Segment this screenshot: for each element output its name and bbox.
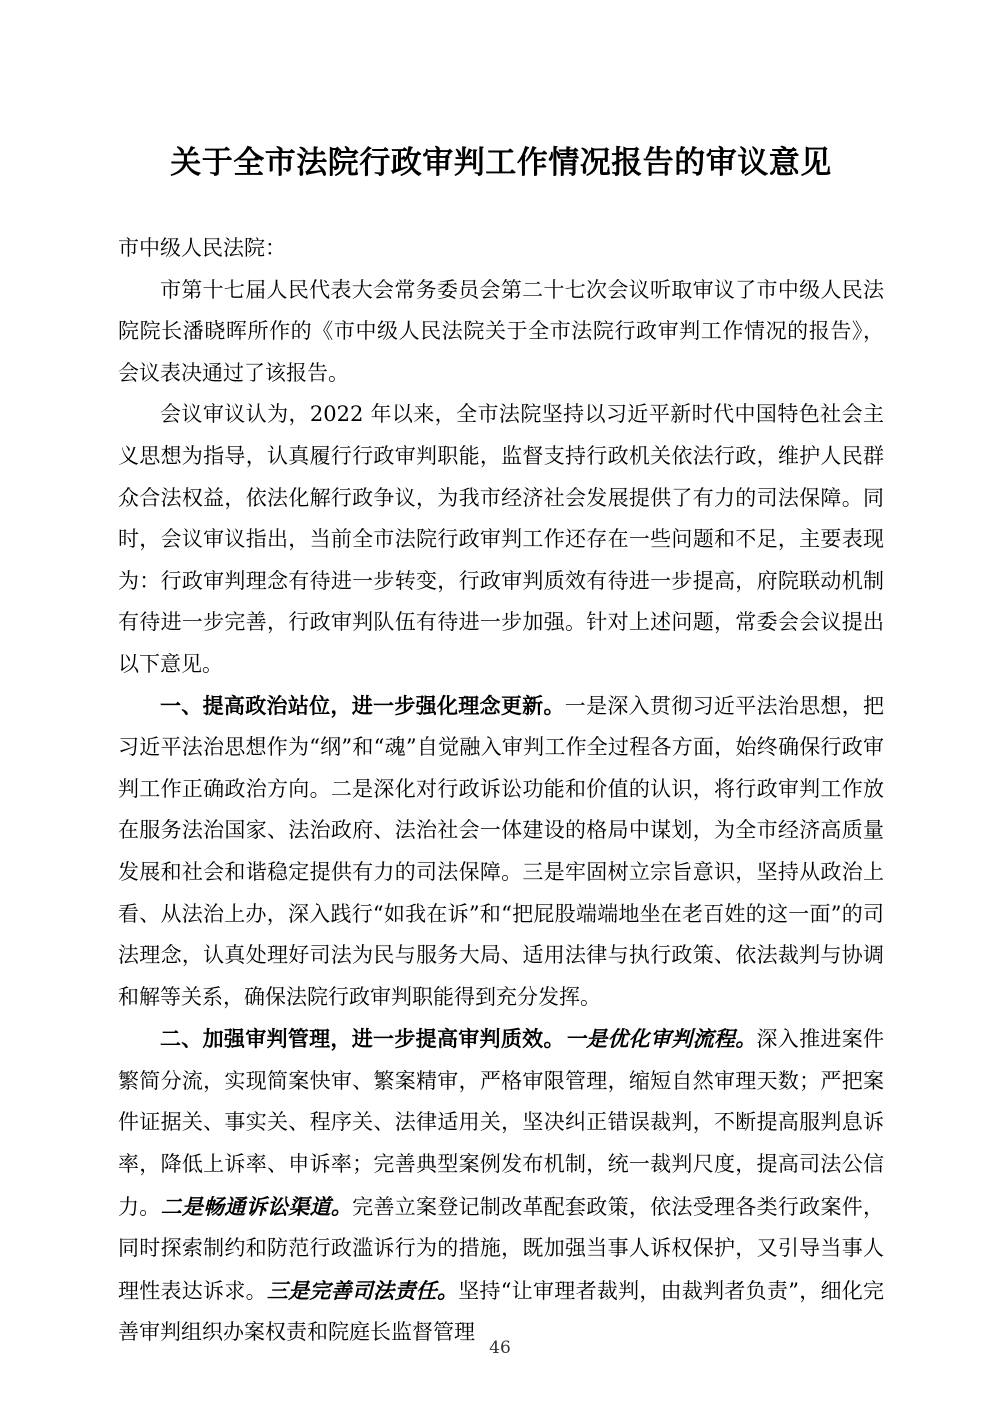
page-number: 46 — [0, 1338, 1000, 1358]
section-heading-run: 一、提高政治站位，进一步强化理念更新。 — [160, 694, 565, 718]
text-run: 会议审议认为，2022 年以来，全市法院坚持以习近平新时代中国特色社会主义思想为… — [118, 402, 884, 676]
paragraph: 会议审议认为，2022 年以来，全市法院坚持以习近平新时代中国特色社会主义思想为… — [118, 394, 884, 685]
text-run: 一是深入贯彻习近平法治思想，把习近平法治思想作为“纲”和“魂”自觉融入审判工作全… — [118, 694, 884, 1009]
emphasis-run: 一是优化审判流程。 — [565, 1026, 757, 1051]
paragraph: 一、提高政治站位，进一步强化理念更新。一是深入贯彻习近平法治思想，把习近平法治思… — [118, 686, 884, 1019]
text-run: 市第十七届人民代表大会常务委员会第二十七次会议听取审议了市中级人民法院院长潘晓晖… — [118, 278, 884, 385]
section-heading-run: 二、加强审判管理，进一步提高审判质效。 — [160, 1027, 565, 1051]
paragraph: 二、加强审判管理，进一步提高审判质效。一是优化审判流程。深入推进案件繁简分流，实… — [118, 1018, 884, 1354]
document-body: 市第十七届人民代表大会常务委员会第二十七次会议听取审议了市中级人民法院院长潘晓晖… — [118, 270, 884, 1354]
page-title: 关于全市法院行政审判工作情况报告的审议意见 — [118, 141, 884, 185]
emphasis-run: 二是畅通诉讼渠道。 — [161, 1194, 353, 1219]
text-run: 深入推进案件繁简分流，实现简案快审、繁案精审，严格审限管理，缩短自然审理天数；严… — [118, 1027, 884, 1218]
salutation: 市中级人民法院： — [118, 228, 884, 270]
document-page: 关于全市法院行政审判工作情况报告的审议意见 市中级人民法院： 市第十七届人民代表… — [0, 0, 1000, 1415]
paragraph: 市第十七届人民代表大会常务委员会第二十七次会议听取审议了市中级人民法院院长潘晓晖… — [118, 270, 884, 395]
emphasis-run: 三是完善司法责任。 — [267, 1278, 458, 1303]
